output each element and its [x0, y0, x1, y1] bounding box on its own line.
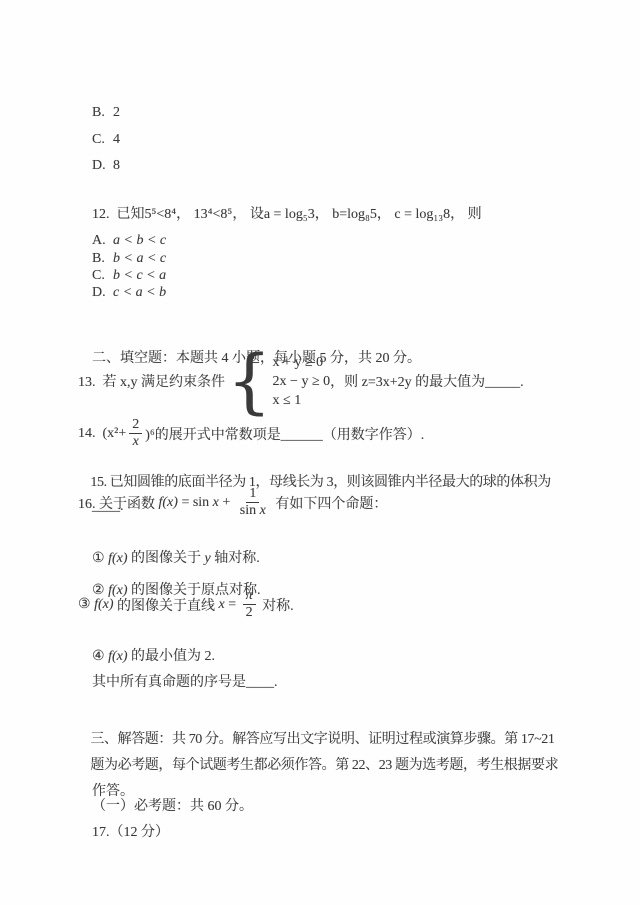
question-13-prefix: 13. 若 x,y 满足约束条件 [78, 371, 225, 391]
question-17-heading: 17.（12 分） [78, 803, 169, 863]
fraction-denominator: sin x [237, 503, 269, 519]
fraction-denominator: 2 [243, 605, 256, 621]
fraction-numerator: π [243, 588, 256, 605]
plus-sign: + [219, 495, 234, 511]
equals-sin: = sin [178, 495, 213, 511]
question-13-suffix: ，则 z=3x+2y 的最大值为_____. [330, 371, 524, 391]
function-notation: f(x) [159, 495, 178, 511]
question-14-prefix: 14. (x²+ [78, 426, 126, 442]
question-12-option-d: D.c < a < b [78, 267, 166, 318]
fraction: 2 x [129, 417, 142, 450]
proposition-3: ③ f(x) 的图像关于直线 x = π 2 对称. [78, 588, 294, 621]
section-3-text: 题为必考题，每个试题考生都必须作答。第 22、23 题为选考题，考生根据要求 [90, 758, 558, 773]
question-16-suffix: 有如下四个命题： [272, 493, 388, 513]
variable-x: x [260, 503, 266, 518]
option-label: D. [92, 156, 113, 176]
equals-sign: = [225, 597, 240, 613]
sin-label: sin [240, 503, 260, 518]
option-value: 8 [113, 158, 120, 173]
question-17-text: 17.（12 分） [92, 825, 169, 840]
fraction-numerator: 2 [129, 417, 142, 434]
proposition-text: 的图像关于直线 [114, 595, 219, 615]
fraction: π 2 [243, 588, 256, 621]
function-notation: f(x) [94, 597, 113, 613]
proposition-tail: 对称. [259, 595, 294, 615]
question-14-suffix: )⁶的展开式中常数项是______（用数字作答）. [145, 424, 424, 444]
question-16-prefix: 16. 关于函数 [78, 493, 159, 513]
fraction-numerator: 1 [246, 486, 259, 503]
constraint-2: 2x − y ≥ 0 [273, 372, 331, 391]
constraint-3: x ≤ 1 [273, 391, 331, 410]
option-label: D. [92, 284, 113, 301]
constraint-1: x + y ≥ 0 [273, 353, 331, 372]
fraction: 1 sin x [237, 486, 269, 519]
conclusion-text: 其中所有真命题的序号是____. [92, 675, 278, 690]
fraction-denominator: x [130, 434, 142, 450]
exam-document-page: B.2 C.4 D.8 12. 已知5⁵<8⁴， 13⁴<8⁵， 设a = lo… [0, 0, 640, 905]
bullet-circled-3: ③ [78, 596, 94, 613]
question-14: 14. (x²+ 2 x )⁶的展开式中常数项是______（用数字作答）. [78, 417, 424, 450]
question-16: 16. 关于函数 f(x) = sin x + 1 sin x 有如下四个命题： [78, 486, 387, 519]
left-brace-icon: { [227, 352, 272, 410]
constraint-system: x + y ≥ 0 2x − y ≥ 0 x ≤ 1 [273, 353, 331, 410]
option-value: c < a < b [113, 285, 166, 300]
question-13: 13. 若 x,y 满足约束条件 { x + y ≥ 0 2x − y ≥ 0 … [78, 352, 524, 410]
